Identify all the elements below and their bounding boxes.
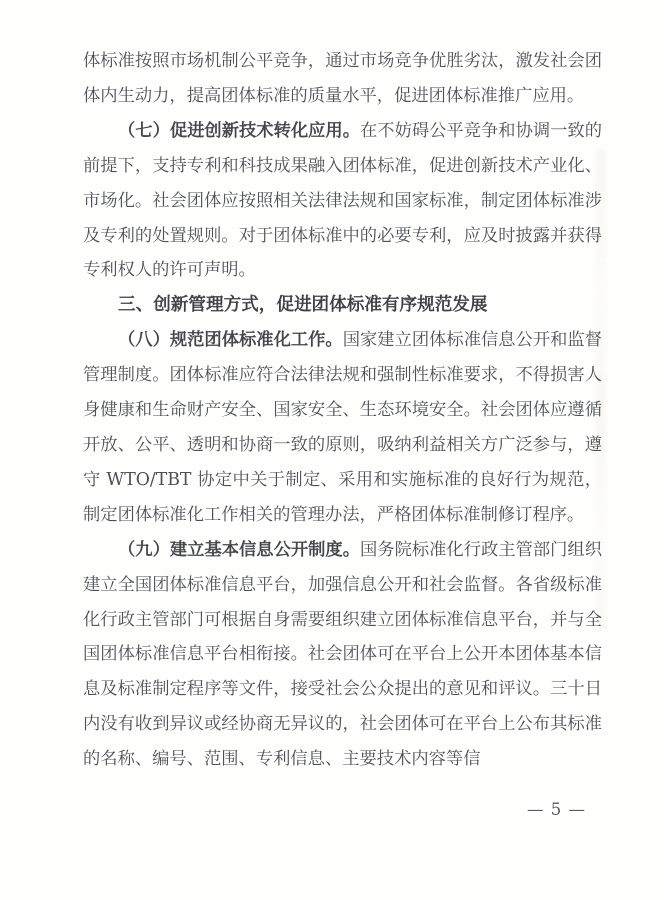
clause-9-text: 国务院标准化行政主管部门组织建立全国团体标准信息平台，加强信息公开和社会监督。各… <box>83 540 602 769</box>
clause-8-text: 国家建立团体标准信息公开和监督管理制度。团体标准应符合法律法规和强制性标准要求，… <box>83 330 602 525</box>
clause-9-paragraph: （九）建立基本信息公开制度。国务院标准化行政主管部门组织建立全国团体标准信息平台… <box>83 533 602 777</box>
clause-9-lead: （九）建立基本信息公开制度。 <box>118 540 360 560</box>
paragraph-continuation: 体标准按照市场机制公平竞争，通过市场竞争优胜劣汰，激发社会团体内生动力，提高团体… <box>83 44 602 114</box>
document-page: 体标准按照市场机制公平竞争，通过市场竞争优胜劣汰，激发社会团体内生动力，提高团体… <box>0 0 664 900</box>
page-number: — 5 — <box>527 799 586 821</box>
clause-7-lead: （七）促进创新技术转化应用。 <box>118 121 360 141</box>
document-body: 体标准按照市场机制公平竞争，通过市场竞争优胜劣汰，激发社会团体内生动力，提高团体… <box>83 44 602 777</box>
clause-7-text: 在不妨碍公平竞争和协调一致的前提下，支持专利和科技成果融入团体标准，促进创新技术… <box>83 121 602 281</box>
section-3-heading: 三、创新管理方式，促进团体标准有序规范发展 <box>83 288 602 323</box>
clause-8-paragraph: （八）规范团体标准化工作。国家建立团体标准信息公开和监督管理制度。团体标准应符合… <box>83 323 602 532</box>
clause-7-paragraph: （七）促进创新技术转化应用。在不妨碍公平竞争和协调一致的前提下，支持专利和科技成… <box>83 114 602 289</box>
clause-8-lead: （八）规范团体标准化工作。 <box>118 330 343 350</box>
